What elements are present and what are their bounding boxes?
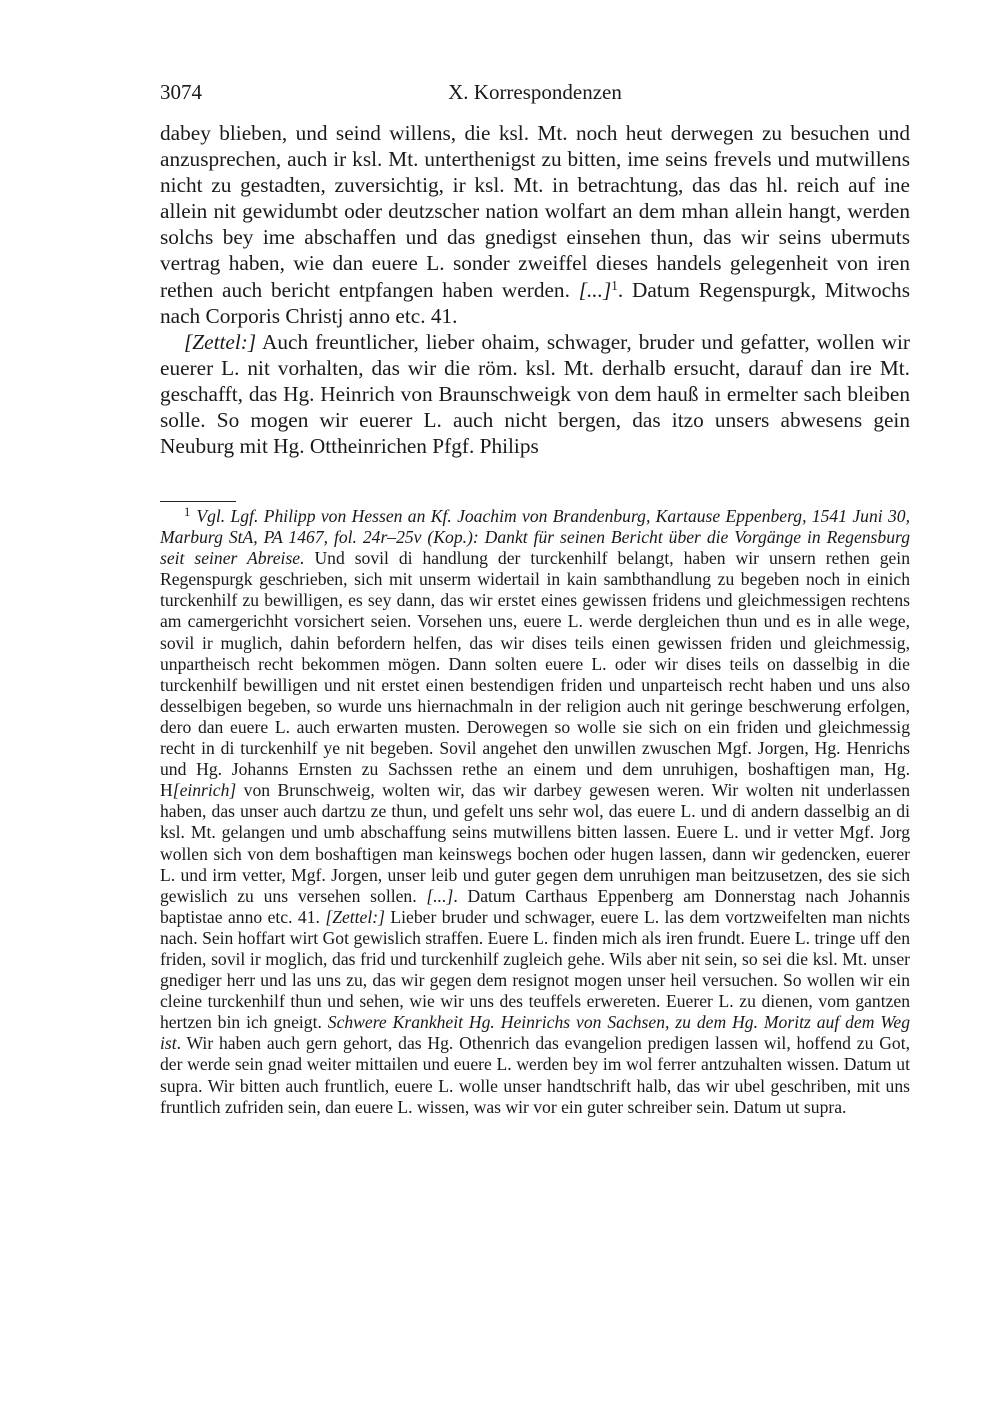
omission-mark: [...] (426, 886, 453, 906)
editorial-emendation: [einrich] (173, 780, 237, 800)
main-text: dabey blieben, und seind willens, die ks… (160, 120, 910, 459)
zettel-label: [Zettel:] (184, 330, 256, 354)
paragraph-continuation: dabey blieben, und seind willens, die ks… (160, 120, 910, 329)
footnote-reference[interactable]: 1 (611, 277, 618, 292)
footnote-number: 1 (184, 505, 190, 519)
omission-mark: [...] (579, 278, 612, 302)
paragraph-zettel: [Zettel:] Auch freuntlicher, lieber ohai… (160, 329, 910, 459)
page-header: 3074 X. Korrespondenzen (160, 80, 910, 108)
zettel-label: [Zettel:] (325, 907, 385, 927)
footnote-1: 1Vgl. Lgf. Philipp von Hessen an Kf. Joa… (160, 506, 910, 1118)
footnote-rule (160, 501, 236, 502)
running-title: X. Korrespondenzen (160, 80, 910, 105)
footnotes: 1Vgl. Lgf. Philipp von Hessen an Kf. Joa… (160, 506, 910, 1118)
